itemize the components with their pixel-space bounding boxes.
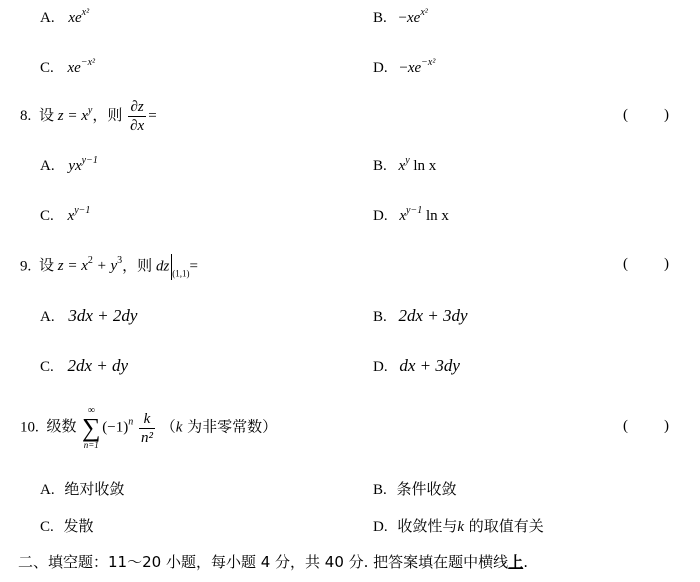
option-label: B. [373,10,387,26]
option-expr: xex² [68,10,89,26]
q8-option-a[interactable]: A. yxy−1 [40,158,98,175]
option-label: D. [373,60,388,76]
q9-stem: 9. 设 z = x2 + y3，则 dz(1,1)= [20,254,198,280]
option-label: C. [40,60,54,76]
q8-option-b[interactable]: B. xy ln x [373,158,436,175]
fraction: kn² [139,410,155,447]
option-label: B. [373,158,387,174]
q7-option-c[interactable]: C. xe−x² [40,60,95,77]
q7-option-d[interactable]: D. −xe−x² [373,60,435,77]
option-label: C. [40,359,54,375]
question-number: 8. [20,108,31,124]
option-expr: xe−x² [408,60,436,76]
section-heading: 二、填空题：11～20 小题，每小题 4 分，共 40 分. 把答案填在题中横线… [18,551,528,572]
q10-option-b[interactable]: B. 条件收敛 [373,478,457,499]
partial-derivative: ∂z∂x [128,98,146,135]
q8-answer-blank[interactable]: () [623,107,669,124]
q9-option-c[interactable]: C. 2dx + dy [40,356,128,376]
option-label: A. [40,10,55,26]
q9-option-d[interactable]: D. dx + 3dy [373,356,460,376]
q7-option-b[interactable]: B. −xex² [373,10,428,27]
option-label: D. [373,519,388,535]
option-label: D. [373,359,388,375]
q10-option-c[interactable]: C. 发散 [40,515,94,536]
q8-option-d[interactable]: D. xy−1 ln x [373,208,449,225]
q7-option-a[interactable]: A. xex² [40,10,89,27]
question-number: 9. [20,258,31,274]
option-label: C. [40,208,54,224]
option-label: A. [40,309,55,325]
minus-sign: − [399,60,407,76]
q10-option-d[interactable]: D. 收敛性与k 的取值有关 [373,515,544,536]
option-label: B. [373,309,387,325]
option-label: C. [40,519,54,535]
q10-option-a[interactable]: A. 绝对收敛 [40,478,124,499]
q9-answer-blank[interactable]: () [623,256,669,273]
option-expr: xe−x² [68,60,96,76]
option-label: A. [40,158,55,174]
summation: ∞∑n=1 [80,406,102,450]
minus-sign: − [399,10,407,26]
q8-option-c[interactable]: C. xy−1 [40,208,90,225]
option-expr: xex² [407,10,428,26]
q10-stem: 10. 级数 ∞∑n=1(−1)n kn² （k 为非零常数） [20,406,277,450]
option-label: A. [40,482,55,498]
option-label: D. [373,208,388,224]
q10-answer-blank[interactable]: () [623,418,669,435]
q9-option-b[interactable]: B. 2dx + 3dy [373,306,468,326]
q9-option-a[interactable]: A. 3dx + 2dy [40,306,137,326]
question-number: 10. [20,419,39,435]
option-label: B. [373,482,387,498]
q8-stem: 8. 设 z = xy，则 ∂z∂x= [20,98,157,135]
